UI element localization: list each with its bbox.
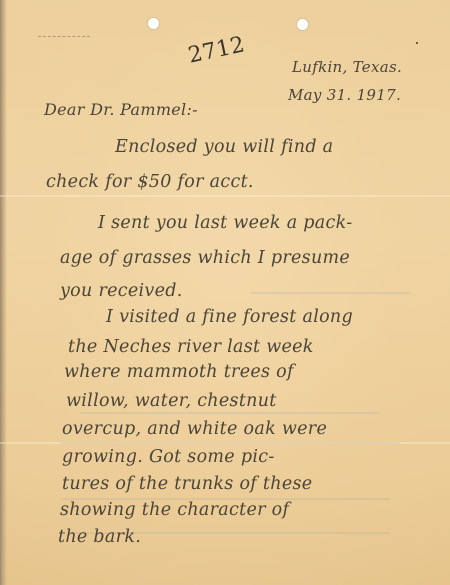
- body-line: check for $50 for acct.: [46, 172, 254, 192]
- body-line: where mammoth trees of: [64, 362, 294, 382]
- letter-place: Lufkin, Texas.: [292, 58, 402, 76]
- body-line: willow, water, chestnut: [66, 391, 277, 411]
- letter-page: 2712 Lufkin, Texas. May 31. 1917. Dear D…: [0, 0, 450, 585]
- body-line: overcup, and white oak were: [62, 419, 327, 439]
- ink-speck: [416, 42, 418, 44]
- paper-fold: [0, 195, 450, 197]
- body-line: you received.: [60, 281, 183, 301]
- punch-hole-icon: [148, 18, 159, 29]
- punch-hole-icon: [297, 19, 308, 30]
- body-line: Enclosed you will find a: [115, 137, 333, 157]
- salutation: Dear Dr. Pammel:-: [44, 100, 198, 119]
- pencil-dash-mark: [38, 36, 90, 38]
- body-line: the bark.: [58, 527, 141, 547]
- letter-date: May 31. 1917.: [288, 86, 401, 104]
- body-line: showing the character of: [60, 500, 289, 520]
- reference-number: 2712: [186, 32, 247, 68]
- body-line: tures of the trunks of these: [62, 474, 312, 494]
- body-line: the Neches river last week: [68, 337, 314, 357]
- body-line: I sent you last week a pack-: [98, 213, 352, 233]
- body-line: growing. Got some pic-: [62, 447, 275, 467]
- body-line: I visited a fine forest along: [106, 307, 353, 327]
- page-edge-shadow: [0, 0, 7, 585]
- paper-fold: [0, 442, 450, 444]
- body-line: age of grasses which I presume: [60, 248, 350, 268]
